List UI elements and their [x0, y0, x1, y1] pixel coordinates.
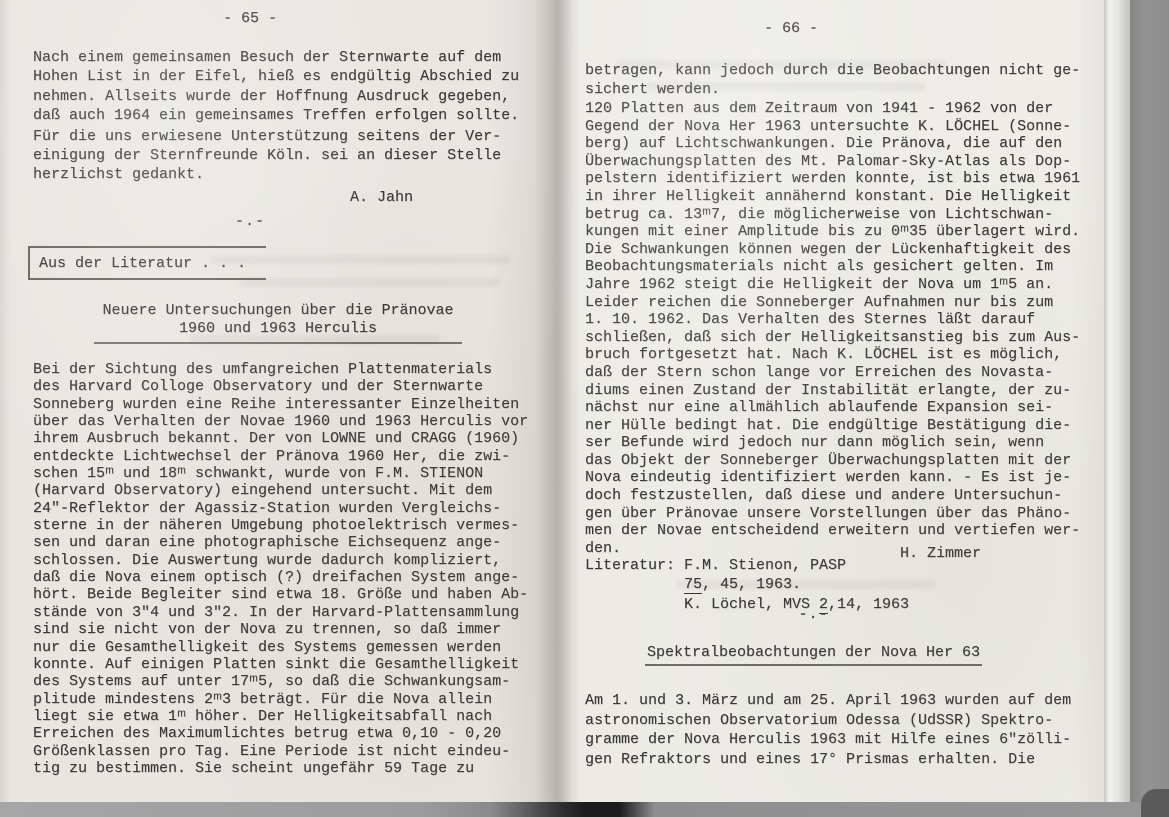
- text-line: nächst nur eine allmählich ablaufende Ex…: [585, 399, 1080, 417]
- literatur-rubric-label: Aus der Literatur . . .: [39, 255, 246, 272]
- text-line: herzlichst gedankt.: [33, 166, 501, 185]
- text-line: konnte. Auf einigen Platten sinkt die Ge…: [33, 656, 528, 673]
- text-line: (Harvard Observatory) eingehend untersuc…: [33, 482, 528, 499]
- text-line: den.: [585, 540, 1080, 558]
- reference-text: , 45, 1963.: [702, 576, 801, 593]
- text-line: astronomischen Observatorium Odessa (UdS…: [585, 711, 1071, 731]
- text-line: schen 15ᵐ und 18ᵐ schwankt, wurde von F.…: [33, 465, 528, 482]
- text-line: Die Schwankungen können wegen der Lücken…: [585, 241, 1080, 259]
- text-line: des Harvard Colloge Observatory und der …: [33, 378, 528, 395]
- text-line: daß der Stern schon lange vor Erreichen …: [585, 364, 1080, 382]
- text-line: doch festzustellen, daß diese und andere…: [585, 487, 1080, 505]
- text-line: ner Hülle bedingt hat. Die endgültige Be…: [585, 417, 1080, 435]
- page-65: - 65 - Nach einem gemeinsamen Besuch der…: [0, 0, 556, 802]
- volume-number: 75: [684, 576, 702, 594]
- literatur-rubric-box: Aus der Literatur . . .: [28, 246, 266, 280]
- text-line: Nach einem gemeinsamen Besuch der Sternw…: [33, 48, 519, 67]
- text-line: gen Refraktors und eines 17° Prismas erh…: [585, 750, 1071, 770]
- continuation-paragraph: betragen, kann jedoch durch die Beobacht…: [585, 62, 1080, 99]
- heading-line: Neuere Untersuchungen über die Pränovae: [102, 302, 453, 320]
- loechel-paragraph: 120 Platten aus dem Zeitraum von 1941 - …: [585, 100, 1080, 557]
- text-line: einigung der Sternfreunde Köln. sei an d…: [33, 147, 501, 166]
- text-line: bruch fortgesetzt hat. Nach K. LÖCHEL is…: [585, 346, 1080, 364]
- text-line: schlossen. Die Auswertung wurde dadurch …: [33, 552, 528, 569]
- scanner-corner-shadow: [1141, 789, 1169, 817]
- author-signature: H. Zimmer: [900, 545, 981, 562]
- text-line: gramme der Nova Herculis 1963 mit Hilfe …: [585, 730, 1071, 750]
- text-line: ihrem Ausbruch bekannt. Der von LOWNE un…: [33, 430, 528, 447]
- page-66: - 66 - betragen, kann jedoch durch die B…: [556, 0, 1104, 802]
- text-line: Nova eindeutig identifiziert werden kann…: [585, 469, 1080, 487]
- text-line: in ihrer Helligkeit annähernd konstant. …: [585, 188, 1080, 206]
- page-edge-stack: [1104, 0, 1130, 802]
- reference-line: 75, 45, 1963.: [585, 575, 909, 594]
- scanned-book-spread: - 65 - Nach einem gemeinsamen Besuch der…: [0, 0, 1169, 817]
- author-signature: A. Jahn: [350, 189, 413, 206]
- text-line: schließen, daß sich der Helligkeitsansti…: [585, 329, 1080, 347]
- text-line: sen und daran eine photographische Eichs…: [33, 534, 528, 551]
- text-line: kungen mit einer Amplitude bis zu 0ᵐ35 ü…: [585, 223, 1080, 241]
- text-line: 120 Platten aus dem Zeitraum von 1941 - …: [585, 100, 1080, 118]
- text-line: stände von 3ʺ4 und 3ʺ2. In der Harvard-P…: [33, 604, 528, 621]
- article-body: Bei der Sichtung des umfangreichen Platt…: [33, 361, 528, 777]
- text-line: sichert werden.: [585, 81, 1080, 100]
- text-line: sind sie nicht von der Nova zu trennen, …: [33, 621, 528, 638]
- scanner-background: [1130, 0, 1169, 817]
- text-line: liegt sie etwa 1ᵐ höher. Der Helligkeits…: [33, 708, 528, 725]
- text-line: betrug ca. 13ᵐ7, die möglicherweise von …: [585, 206, 1080, 224]
- text-line: Beobachtungsmaterials nicht als gesicher…: [585, 258, 1080, 276]
- text-line: hört. Beide Begleiter sind etwa 18. Größ…: [33, 586, 528, 603]
- thanks-paragraph: Für die uns erwiesene Unterstützung seit…: [33, 128, 501, 184]
- text-line: ser Befunde wird jedoch nur dann möglich…: [585, 434, 1080, 452]
- text-line: Erreichen des Maximumlichtes betrug etwa…: [33, 725, 528, 742]
- heading-underline-block: Spektralbeobachtungen der Nova Her 63: [645, 644, 982, 666]
- text-line: Sonneberg wurden eine Reihe interessante…: [33, 396, 528, 413]
- text-line: Am 1. und 3. März und am 25. April 1963 …: [585, 691, 1071, 711]
- text-line: berg) auf Lichtschwankungen. Die Pränova…: [585, 135, 1080, 153]
- text-line: entdeckte Lichtwechsel der Pränova 1960 …: [33, 448, 528, 465]
- text-line: betragen, kann jedoch durch die Beobacht…: [585, 62, 1080, 81]
- text-line: sterne in der näheren Umgebung photoelek…: [33, 517, 528, 534]
- text-line: Größenklassen pro Tag. Eine Periode ist …: [33, 743, 528, 760]
- scanner-bottom-edge: [0, 802, 1169, 817]
- text-line: nehmen. Allseits wurde der Hoffnung Ausd…: [33, 87, 519, 106]
- text-line: 24"-Reflektor der Agassiz-Station wurden…: [33, 500, 528, 517]
- text-line: Hohen List in der Eifel, hieß es endgült…: [33, 67, 519, 86]
- text-line: gen über Pränovae unsere Vorstellungen ü…: [585, 505, 1080, 523]
- text-line: men der Novae entscheidend erweitern und…: [585, 522, 1080, 540]
- text-line: diums einen Zustand der Instabilität erl…: [585, 382, 1080, 400]
- text-line: pelstern identifiziert werden konnte, is…: [585, 170, 1080, 188]
- text-line: nur die Gesamthelligkeit des Systems gem…: [33, 639, 528, 656]
- text-line: daß die Nova einem optisch (?) dreifache…: [33, 569, 528, 586]
- page-number: - 66 -: [556, 20, 1026, 37]
- article-heading: Neuere Untersuchungen über die Pränovae …: [0, 302, 556, 344]
- heading-underline-block: Neuere Untersuchungen über die Pränovae …: [94, 302, 461, 344]
- closing-paragraph: Nach einem gemeinsamen Besuch der Sternw…: [33, 48, 519, 126]
- article-body: Am 1. und 3. März und am 25. April 1963 …: [585, 691, 1071, 769]
- text-line: über das Verhalten der Novae 1960 und 19…: [33, 413, 528, 430]
- section-separator: -.-: [0, 213, 500, 230]
- article-heading: Spektralbeobachtungen der Nova Her 63: [556, 643, 1071, 666]
- text-line: Bei der Sichtung des umfangreichen Platt…: [33, 361, 528, 378]
- text-line: Jahre 1962 steigt die Helligkeit der Nov…: [585, 276, 1080, 294]
- text-line: plitude mindestens 2ᵐ3 beträgt. Für die …: [33, 691, 528, 708]
- text-line: Leider reichen die Sonneberger Aufnahmen…: [585, 294, 1080, 312]
- section-separator: -.-: [556, 606, 1071, 623]
- text-line: Überwachungsplatten des Mt. Palomar-Sky-…: [585, 153, 1080, 171]
- page-number: - 65 -: [0, 10, 500, 27]
- bleed-through-artifact: [240, 278, 500, 287]
- text-line: Gegend der Nova Her 1963 untersuchte K. …: [585, 118, 1080, 136]
- text-line: daß auch 1964 ein gemeinsames Treffen er…: [33, 106, 519, 125]
- text-line: des Systems auf unter 17ᵐ5, so daß die S…: [33, 673, 528, 690]
- text-line: das Objekt der Sonneberger Überwachungsp…: [585, 452, 1080, 470]
- reference-line: Literatur: F.M. Stienon, PASP: [585, 556, 909, 575]
- text-line: Für die uns erwiesene Unterstützung seit…: [33, 128, 501, 147]
- heading-line: 1960 und 1963 Herculis: [102, 320, 453, 338]
- text-line: 1. 10. 1962. Das Verhalten des Sternes l…: [585, 311, 1080, 329]
- text-line: tig zu bestimmen. Sie scheint ungefähr 5…: [33, 760, 528, 777]
